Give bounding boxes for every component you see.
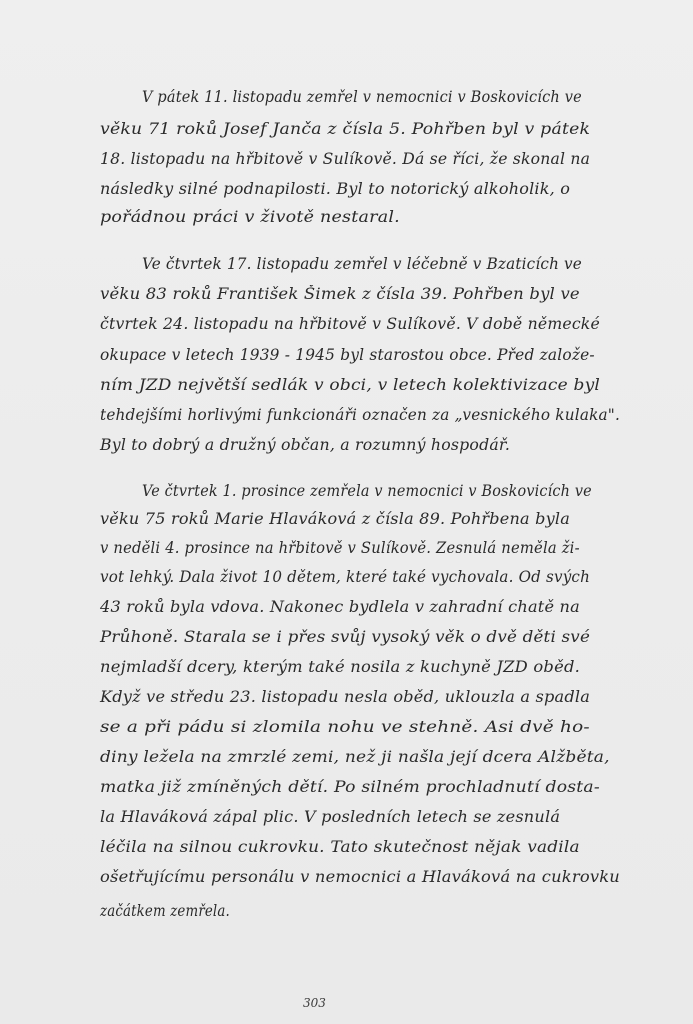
handwritten-line: la Hlaváková zápal plic. V posledních le… — [100, 808, 560, 826]
handwritten-line: matka již zmíněných dětí. Po silném proc… — [100, 778, 600, 796]
handwritten-line: tehdejšími horlivými funkcionáři označen… — [100, 406, 620, 424]
handwritten-line: věku 71 roků Josef Janča z čísla 5. Pohř… — [100, 120, 590, 138]
handwritten-line: Ve čtvrtek 1. prosince zemřela v nemocni… — [142, 482, 592, 500]
handwritten-line: se a při pádu si zlomila nohu ve stehně.… — [100, 718, 590, 736]
handwritten-line: Když ve středu 23. listopadu nesla oběd,… — [100, 688, 590, 706]
handwritten-line: diny ležela na zmrzlé zemi, než ji našla… — [100, 748, 610, 766]
handwritten-line: V pátek 11. listopadu zemřel v nemocnici… — [142, 88, 582, 106]
handwritten-line: ošetřujícímu personálu v nemocnici a Hla… — [100, 868, 620, 886]
handwritten-line: věku 75 roků Marie Hlaváková z čísla 89.… — [100, 510, 570, 528]
handwritten-line: v neděli 4. prosince na hřbitově v Sulík… — [100, 539, 580, 557]
handwritten-line: vot lehký. Dala život 10 dětem, které ta… — [100, 568, 590, 586]
handwritten-line: věku 83 roků František Šimek z čísla 39.… — [100, 285, 580, 303]
handwritten-line: 18. listopadu na hřbitově v Sulíkově. Dá… — [100, 150, 590, 168]
page-number: 303 — [303, 996, 326, 1010]
handwritten-line: léčila na silnou cukrovku. Tato skutečno… — [100, 838, 580, 856]
handwritten-line: pořádnou práci v životě nestaral. — [100, 208, 400, 226]
handwritten-line: ním JZD největší sedlák v obci, v letech… — [100, 376, 600, 394]
handwritten-line: Ve čtvrtek 17. listopadu zemřel v léčebn… — [142, 255, 582, 273]
handwritten-line: čtvrtek 24. listopadu na hřbitově v Sulí… — [100, 315, 600, 333]
handwritten-line: Průhoně. Starala se i přes svůj vysoký v… — [100, 628, 590, 646]
handwritten-line: okupace v letech 1939 - 1945 byl starost… — [100, 346, 595, 364]
scanned-page: V pátek 11. listopadu zemřel v nemocnici… — [0, 0, 693, 1024]
handwritten-line: Byl to dobrý a družný občan, a rozumný h… — [100, 436, 510, 454]
handwritten-line: nejmladší dcery, kterým také nosila z ku… — [100, 658, 580, 676]
handwritten-line: následky silné podnapilosti. Byl to noto… — [100, 180, 570, 198]
handwritten-line: začátkem zemřela. — [100, 902, 230, 920]
handwritten-line: 43 roků byla vdova. Nakonec bydlela v za… — [100, 598, 580, 616]
